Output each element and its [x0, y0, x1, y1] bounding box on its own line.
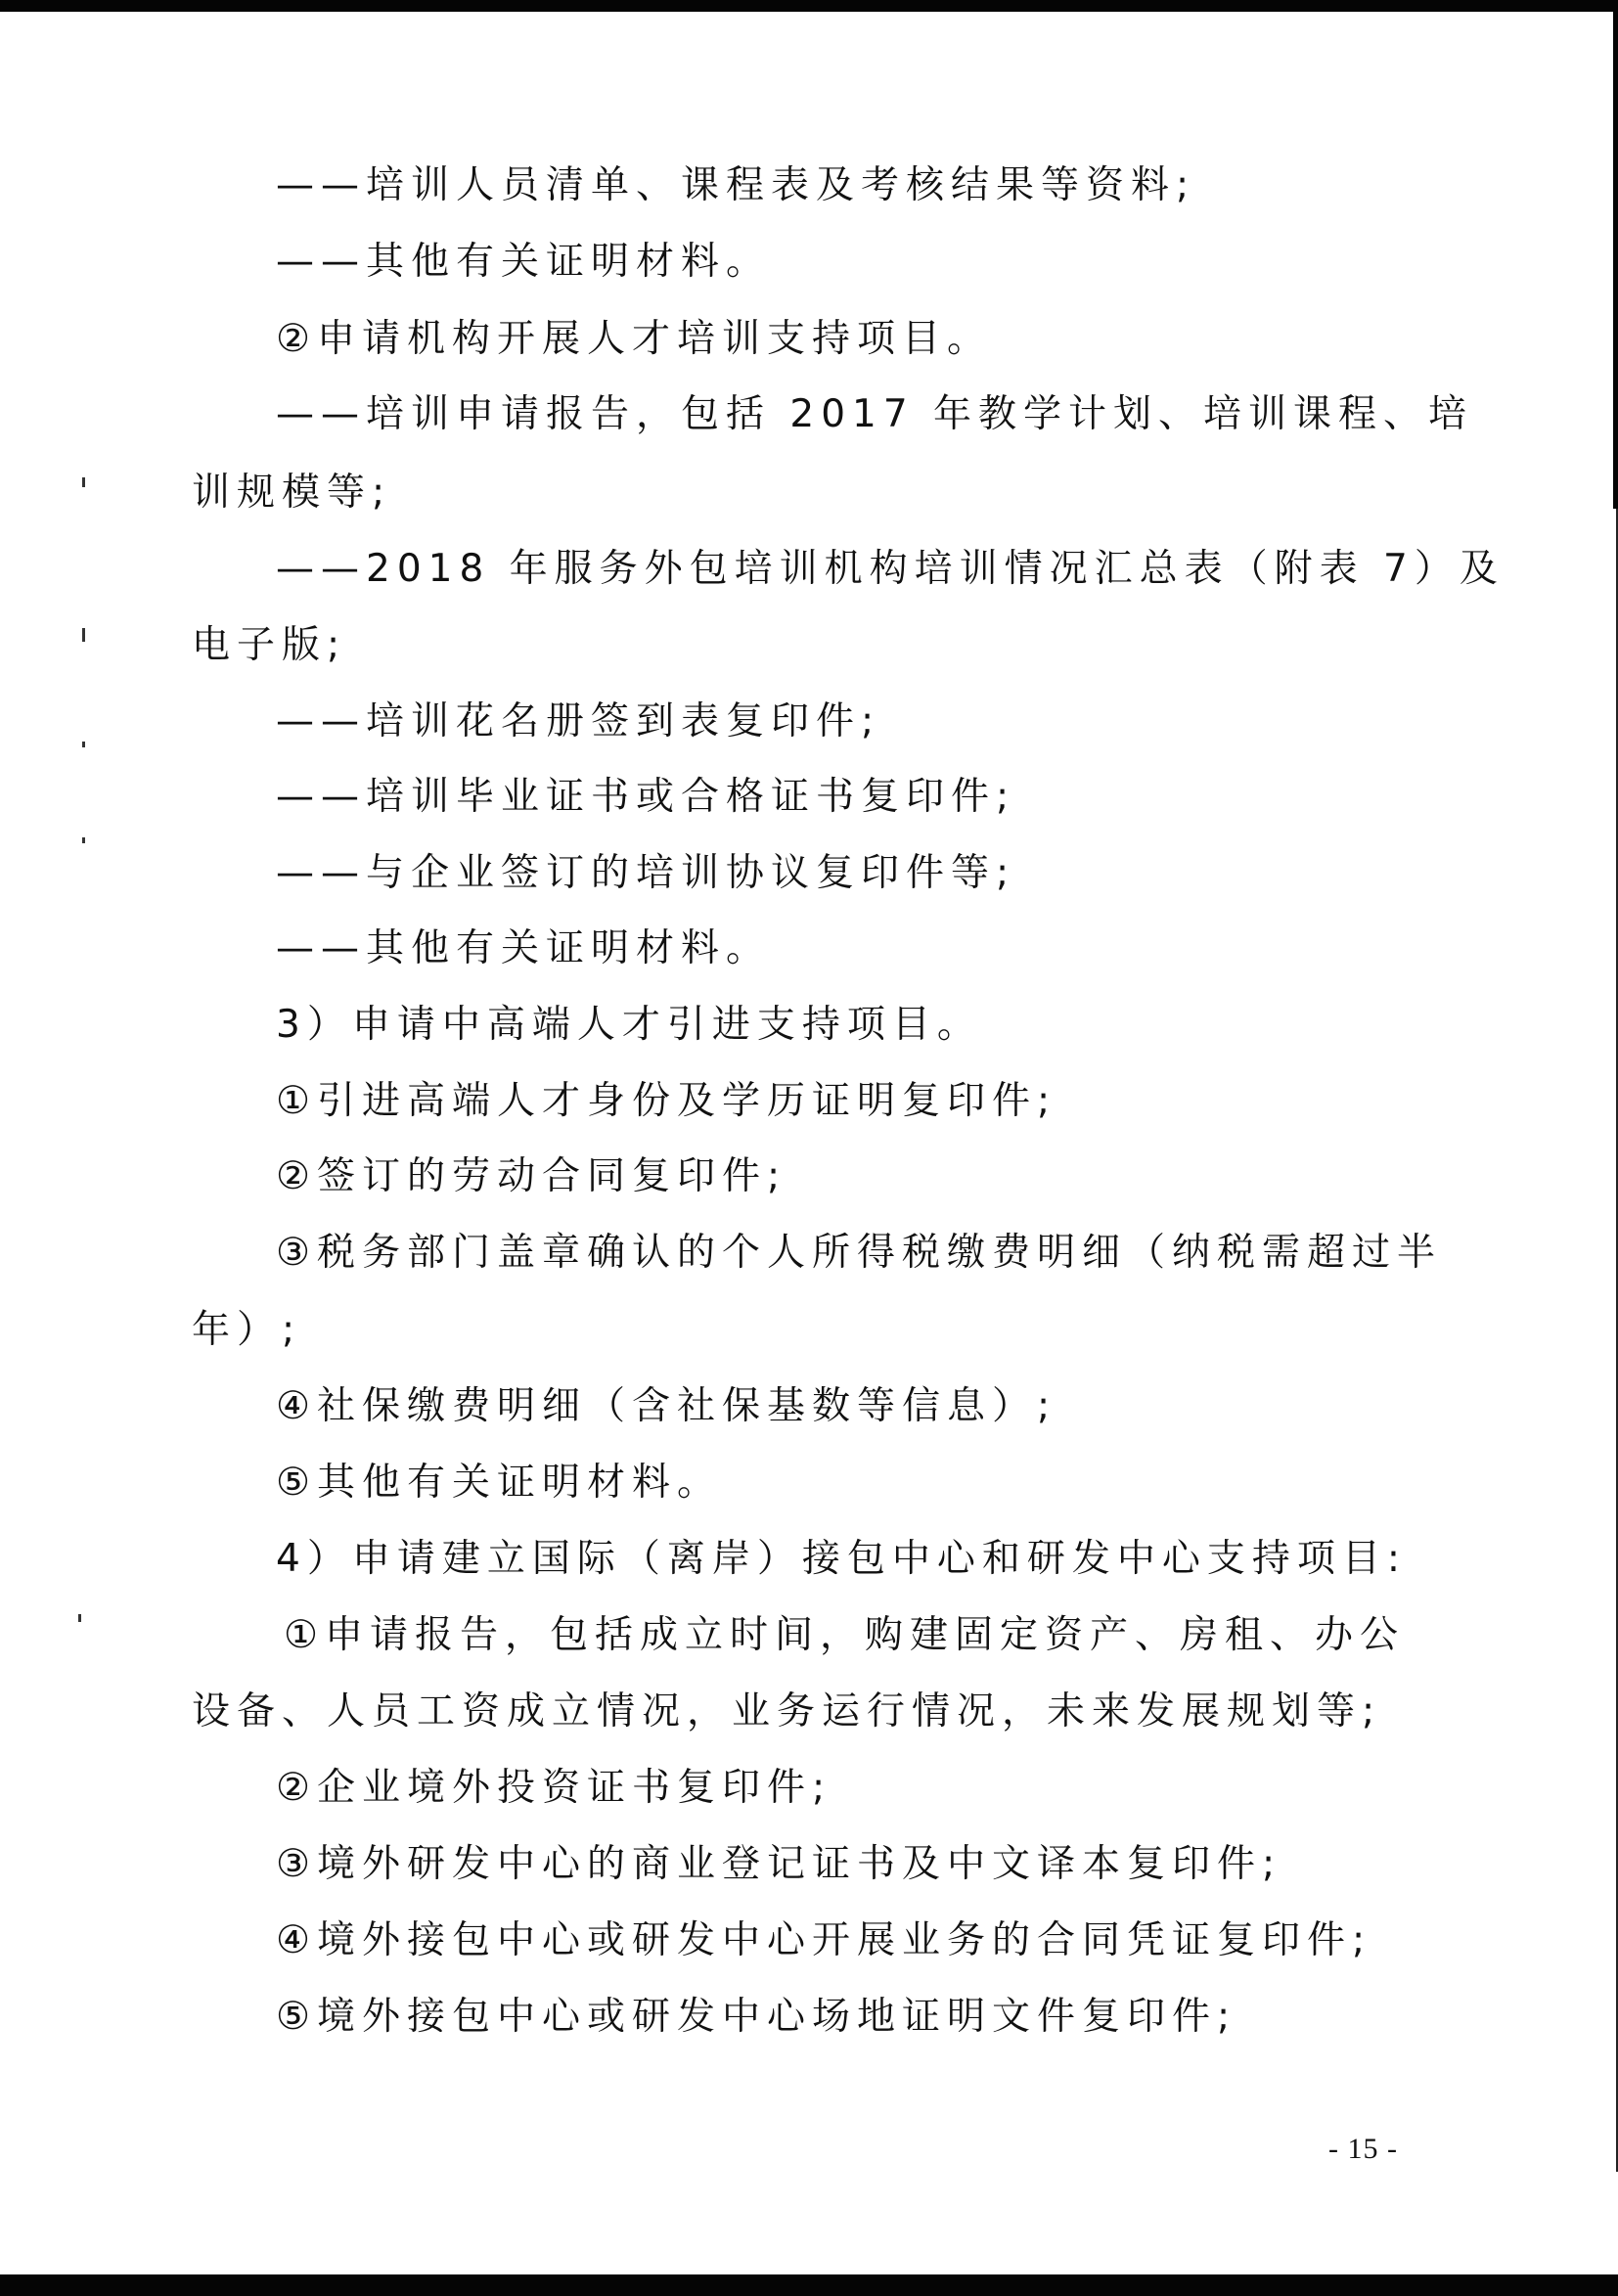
scan-speck — [82, 837, 85, 843]
text-line: ①申请报告，包括成立时间，购建固定资产、房租、办公 — [284, 1612, 1405, 1659]
text-line: ⑤其他有关证明材料。 — [276, 1460, 722, 1507]
section-heading: 4）申请建立国际（离岸）接包中心和研发中心支持项目: — [276, 1536, 1407, 1583]
scan-border-top — [0, 0, 1618, 12]
text-line: ④境外接包中心或研发中心开展业务的合同凭证复印件; — [276, 1917, 1371, 1964]
text-line: ①引进高端人才身份及学历证明复印件; — [276, 1078, 1056, 1125]
text-line: ⑤境外接包中心或研发中心场地证明文件复印件; — [276, 1994, 1236, 2041]
document-page: ——培训人员清单、课程表及考核结果等资料; ——其他有关证明材料。 ②申请机构开… — [0, 0, 1618, 2296]
scan-speck — [82, 477, 85, 487]
text-line: 年）; — [192, 1307, 301, 1354]
text-line: ②签订的劳动合同复印件; — [276, 1153, 787, 1200]
text-line: ②申请机构开展人才培训支持项目。 — [276, 316, 992, 363]
text-line: ③境外研发中心的商业登记证书及中文译本复印件; — [276, 1841, 1281, 1888]
scan-speck — [82, 742, 85, 747]
text-line: ——培训花名册签到表复印件; — [276, 698, 880, 745]
text-line: ——培训人员清单、课程表及考核结果等资料; — [276, 162, 1195, 209]
text-line: 训规模等; — [192, 470, 391, 517]
text-line: ——其他有关证明材料。 — [276, 925, 771, 972]
scan-speck — [82, 628, 85, 642]
text-line: ③税务部门盖章确认的个人所得税缴费明细（纳税需超过半 — [276, 1230, 1442, 1277]
text-line: 电子版; — [192, 622, 346, 669]
text-line: ——与企业签订的培训协议复印件等; — [276, 850, 1015, 897]
scan-border-right — [1613, 0, 1618, 509]
scan-border-bottom — [0, 2274, 1618, 2296]
text-line: ——其他有关证明材料。 — [276, 239, 771, 286]
scan-speck — [78, 1614, 81, 1622]
text-line: ——培训毕业证书或合格证书复印件; — [276, 774, 1015, 821]
text-line: ②企业境外投资证书复印件; — [276, 1765, 831, 1812]
text-line: ——培训申请报告，包括 2017 年教学计划、培训课程、培 — [276, 391, 1473, 438]
text-line: ④社保缴费明细（含社保基数等信息）; — [276, 1383, 1056, 1430]
text-line: 设备、人员工资成立情况，业务运行情况，未来发展规划等; — [192, 1688, 1381, 1735]
page-number: - 15 - — [1328, 2133, 1398, 2166]
text-line: ——2018 年服务外包培训机构培训情况汇总表（附表 7）及 — [276, 546, 1505, 593]
section-heading: 3）申请中高端人才引进支持项目。 — [276, 1002, 982, 1049]
